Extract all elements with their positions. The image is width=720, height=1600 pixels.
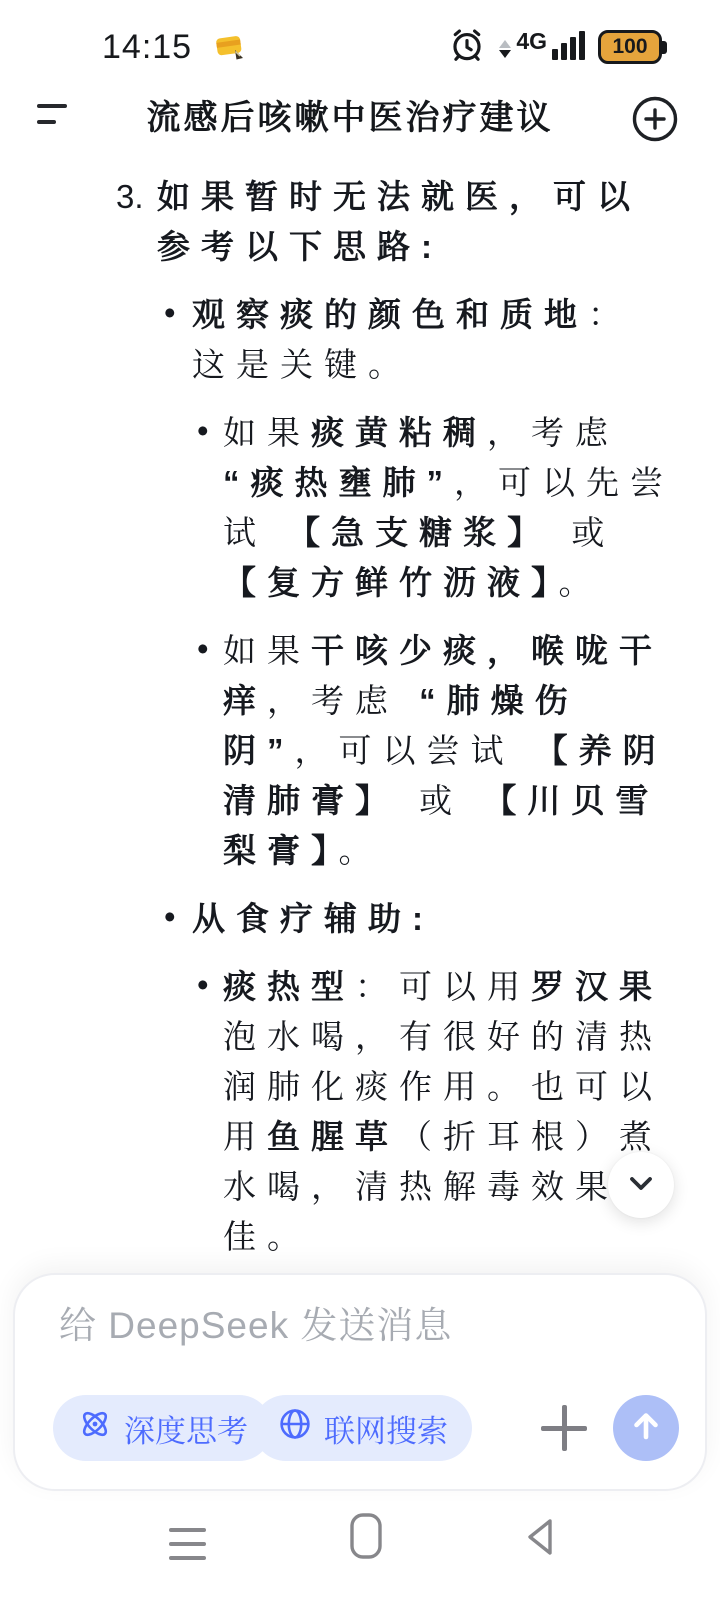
battery-indicator: 100 bbox=[598, 30, 662, 64]
app-header: 流感后咳嗽中医治疗建议 bbox=[0, 88, 720, 152]
signal-bars-icon bbox=[552, 31, 585, 60]
text-segment: 或 bbox=[399, 782, 483, 819]
bold-text-segment: 【急支糖浆】 bbox=[287, 514, 551, 551]
bullet-list-item: •如果痰黄粘稠，考虑 “痰热壅肺”，可以先尝试 【急支糖浆】 或 【复方鲜竹沥液… bbox=[0, 408, 720, 608]
chat-title: 流感后咳嗽中医治疗建议 bbox=[90, 88, 610, 152]
list-number: 3. bbox=[116, 172, 144, 222]
bold-text-segment: 痰黄粘稠 bbox=[311, 414, 487, 451]
text-segment: ：可以用 bbox=[355, 968, 531, 1005]
bullet-list-item: •痰热型：可以用罗汉果泡水喝，有很好的清热润肺化痰作用。也可以用鱼腥草（折耳根）… bbox=[0, 962, 720, 1262]
bold-text-segment: 如果暂时无法就医，可以参考以下思路: bbox=[157, 178, 641, 265]
message-composer: 给 DeepSeek 发送消息 深度思考 联网搜索 bbox=[13, 1273, 707, 1491]
menu-hamburger-icon[interactable] bbox=[37, 100, 71, 134]
bold-text-segment: 罗汉果 bbox=[531, 968, 663, 1005]
recents-menu-button[interactable] bbox=[169, 1518, 206, 1558]
notification-note-icon bbox=[210, 27, 250, 67]
web-search-toggle[interactable]: 联网搜索 bbox=[253, 1395, 472, 1461]
numbered-list-item: 3.如果暂时无法就医，可以参考以下思路: bbox=[0, 172, 720, 272]
web-search-label: 联网搜索 bbox=[324, 1406, 448, 1451]
chevron-down-icon bbox=[619, 1161, 663, 1210]
bold-text-segment: “痰热壅肺” bbox=[223, 464, 454, 501]
text-segment: 如果 bbox=[223, 414, 311, 451]
bullet-marker: • bbox=[164, 892, 176, 942]
scroll-to-bottom-button[interactable] bbox=[608, 1152, 674, 1218]
text-segment: 如果 bbox=[223, 632, 311, 669]
status-time: 14:15 bbox=[102, 28, 192, 67]
battery-percent-label: 100 bbox=[612, 35, 647, 59]
bullet-list-item: •从食疗辅助: bbox=[0, 894, 720, 944]
bullet-list-item: •观察痰的颜色和质地： 这是关键。 bbox=[0, 290, 720, 390]
text-segment: 。 bbox=[559, 564, 603, 601]
arrow-up-icon bbox=[626, 1406, 666, 1451]
bold-text-segment: 【复方鲜竹沥液】 bbox=[223, 564, 559, 601]
bold-text-segment: 鱼腥草 bbox=[267, 1118, 399, 1155]
alarm-icon bbox=[448, 26, 486, 69]
data-activity-arrows-icon bbox=[499, 40, 511, 58]
bold-text-segment: 观察痰的颜色和质地 bbox=[192, 296, 588, 333]
new-chat-button[interactable] bbox=[630, 94, 680, 144]
deep-think-label: 深度思考 bbox=[124, 1406, 248, 1451]
atom-icon bbox=[77, 1406, 113, 1450]
network-type-label: 4G bbox=[516, 28, 547, 55]
bold-text-segment: 从食疗辅助: bbox=[192, 900, 434, 937]
deep-think-toggle[interactable]: 深度思考 bbox=[53, 1395, 272, 1461]
send-button[interactable] bbox=[613, 1395, 679, 1461]
mobile-network-indicator: 4G bbox=[499, 28, 585, 67]
text-segment: 。 bbox=[339, 832, 383, 869]
bullet-list-item: •如果干咳少痰，喉咙干痒，考虑 “肺燥伤阴”，可以尝试 【养阴清肺膏】 或 【川… bbox=[0, 626, 720, 876]
bullet-marker: • bbox=[164, 288, 176, 338]
message-input[interactable]: 给 DeepSeek 发送消息 bbox=[59, 1295, 452, 1349]
text-segment: ，可以尝试 bbox=[295, 732, 535, 769]
bullet-marker: • bbox=[197, 406, 209, 456]
android-nav-bar bbox=[0, 1490, 720, 1600]
text-segment: ，考虑 bbox=[267, 682, 419, 719]
status-right-icons: 4G 100 bbox=[448, 26, 662, 69]
assistant-message: 3.如果暂时无法就医，可以参考以下思路:•观察痰的颜色和质地： 这是关键。•如果… bbox=[0, 172, 720, 1276]
chat-message-area[interactable]: 3.如果暂时无法就医，可以参考以下思路:•观察痰的颜色和质地： 这是关键。•如果… bbox=[0, 150, 720, 1276]
globe-icon bbox=[277, 1406, 313, 1450]
home-button[interactable] bbox=[348, 1512, 388, 1569]
text-segment: ，考虑 bbox=[487, 414, 619, 451]
attach-plus-button[interactable] bbox=[541, 1405, 587, 1451]
status-bar: 14:15 4G bbox=[0, 0, 720, 88]
back-button[interactable] bbox=[520, 1514, 564, 1565]
bold-text-segment: 痰热型 bbox=[223, 968, 355, 1005]
text-segment: 或 bbox=[551, 514, 615, 551]
bullet-marker: • bbox=[197, 624, 209, 674]
bullet-marker: • bbox=[197, 960, 209, 1010]
